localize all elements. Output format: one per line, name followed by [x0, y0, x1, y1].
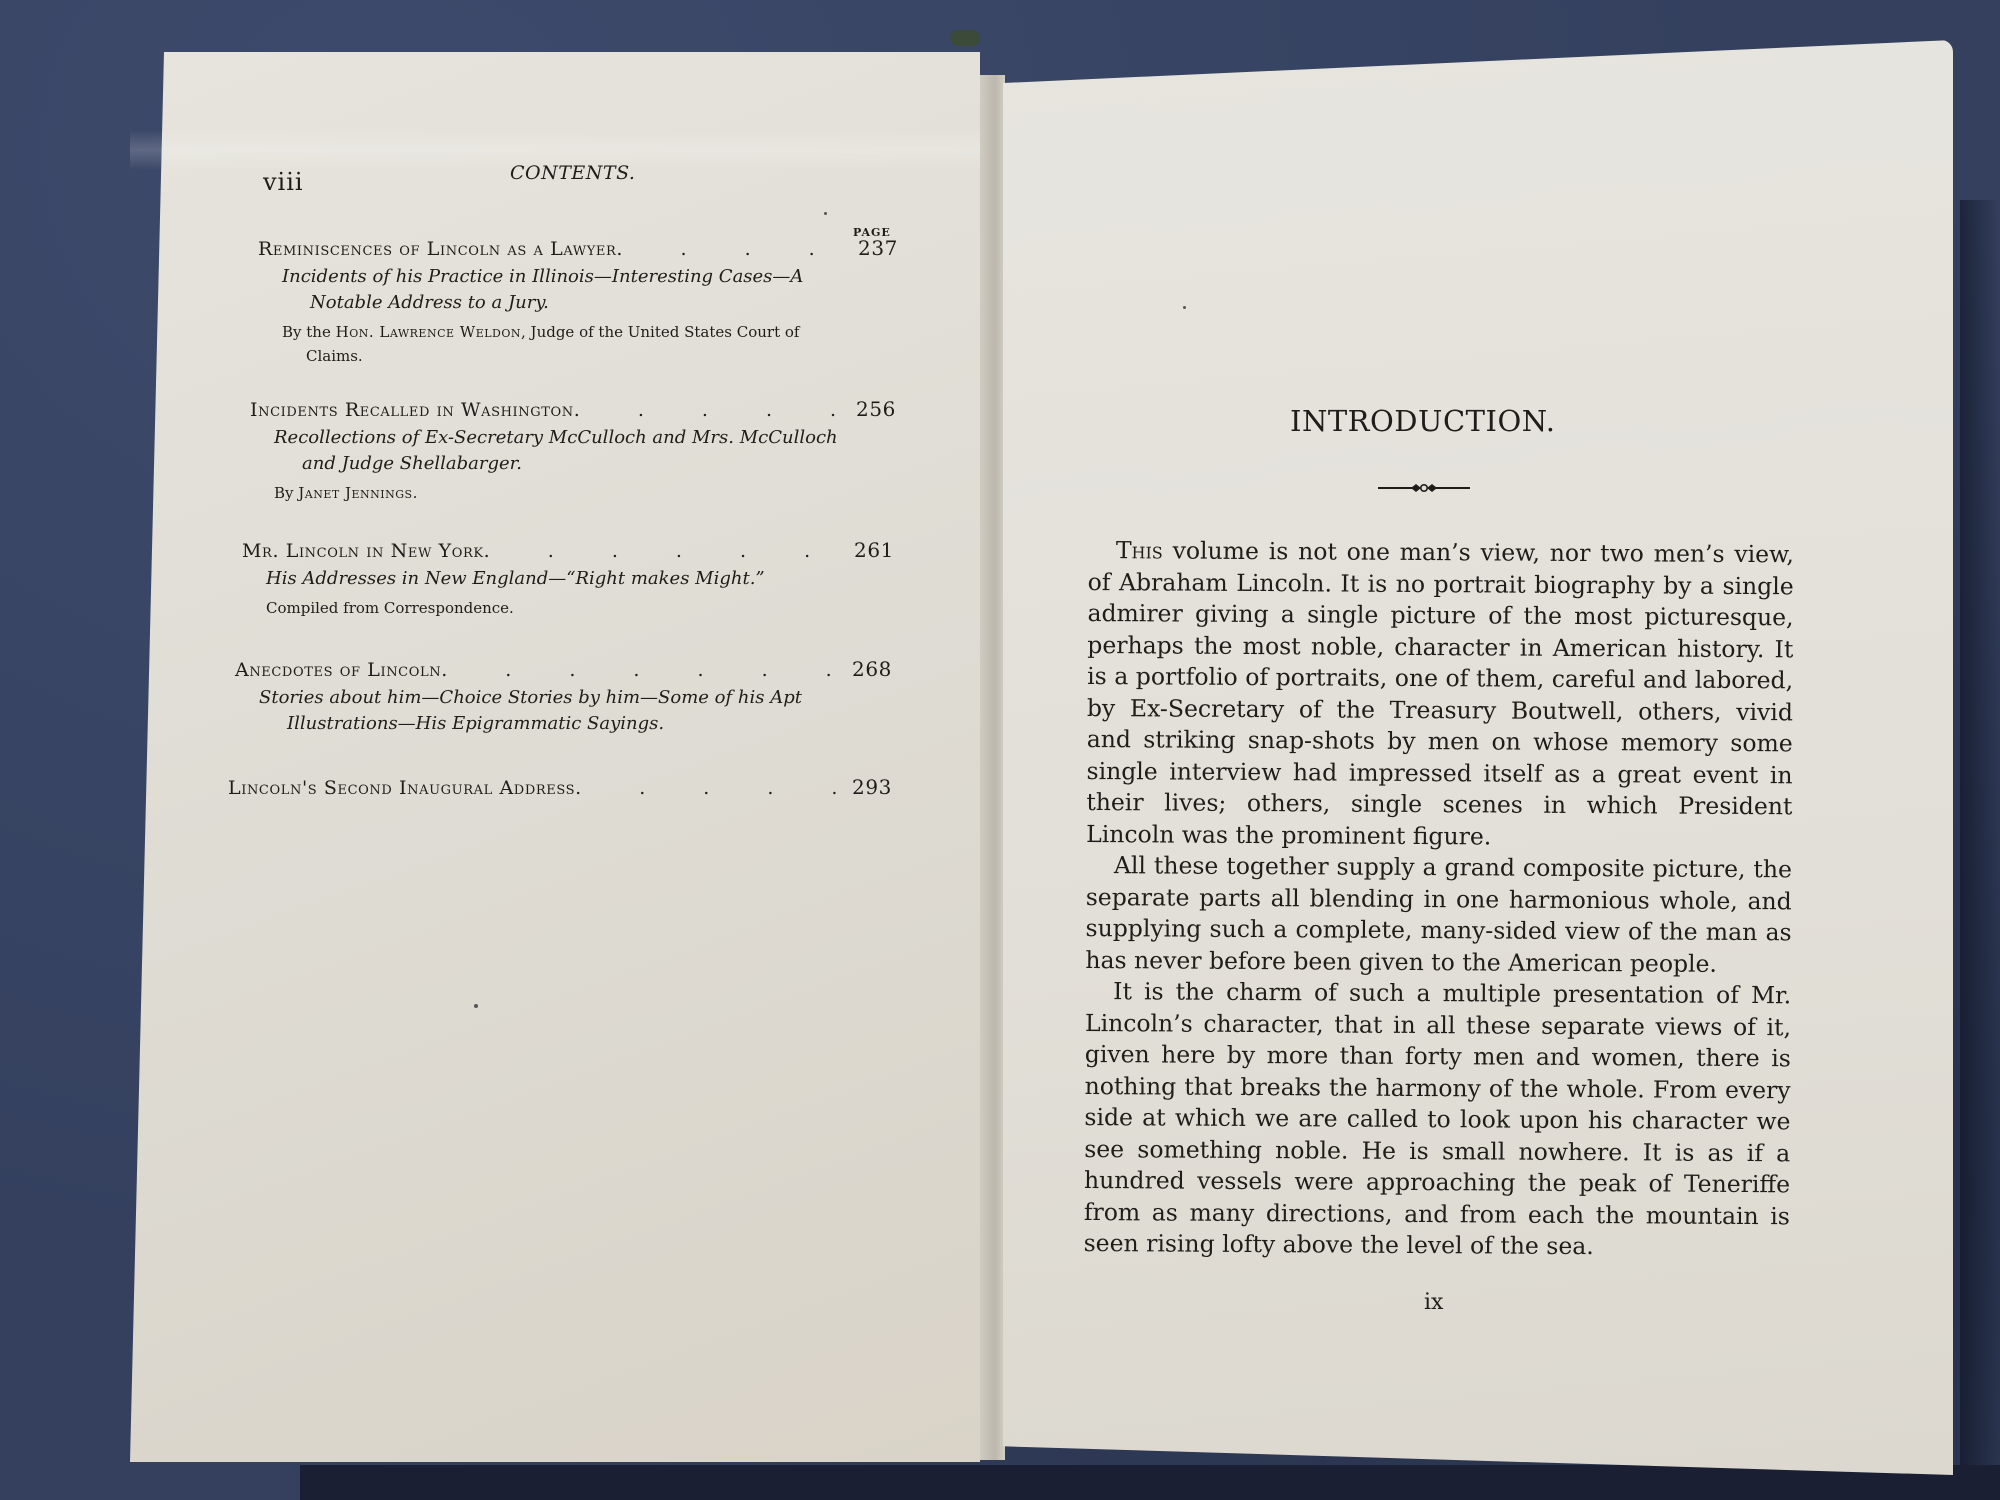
dot-leader: . . . . . .	[574, 399, 852, 421]
toc-entry-title-line: Mr. Lincoln in New York . . . . . . . . …	[242, 538, 894, 562]
toc-entry-author: By Janet Jennings.	[250, 481, 896, 505]
toc-entry-description: Stories about him—Choice Stories by him—…	[235, 685, 892, 737]
toc-entry-title: Reminiscences of Lincoln as a Lawyer	[258, 238, 616, 260]
introduction-body: This volume is not one man’s view, nor t…	[1084, 535, 1794, 1264]
toc-entry-page: 256	[852, 397, 896, 421]
toc-entry: Mr. Lincoln in New York . . . . . . . . …	[242, 538, 894, 620]
toc-entry-page: 293	[848, 775, 892, 799]
chapter-title: INTRODUCTION.	[1290, 404, 1555, 438]
toc-entry-page: 261	[850, 538, 894, 562]
toc-entry-author: By the Hon. Lawrence Weldon, Judge of th…	[258, 320, 898, 368]
toc-entry-description: His Addresses in New England—“Right make…	[242, 566, 894, 592]
paragraph: All these together supply a grand compos…	[1085, 850, 1792, 980]
toc-entry-title: Mr. Lincoln in New York	[242, 540, 484, 562]
running-head: CONTENTS.	[510, 162, 635, 184]
toc-entry-page: 237	[854, 236, 898, 260]
page-number-left: viii	[263, 168, 304, 196]
toc-entry: Lincoln's Second Inaugural Address . . .…	[228, 775, 892, 799]
toc-entry-title-line: Lincoln's Second Inaugural Address . . .…	[228, 775, 892, 799]
toc-entry: Reminiscences of Lincoln as a Lawyer . .…	[258, 236, 898, 368]
toc-entry-title: Incidents Recalled in Washington	[250, 399, 574, 421]
paper-speck	[474, 1004, 478, 1008]
dot-leader: . . . . .	[616, 238, 854, 260]
ornament-divider-icon	[1378, 481, 1470, 495]
toc-entry-title-line: Reminiscences of Lincoln as a Lawyer . .…	[258, 236, 898, 260]
toc-entry-description: Incidents of his Practice in Illinois—In…	[258, 264, 898, 316]
book-gutter	[980, 75, 1005, 1460]
page-number-right: ix	[1424, 1290, 1443, 1315]
paragraph: It is the charm of such a multiple prese…	[1084, 976, 1792, 1264]
book-shadow-bottom	[300, 1465, 2000, 1500]
toc-entry-title-line: Incidents Recalled in Washington . . . .…	[250, 397, 896, 421]
paper-speck	[824, 212, 827, 215]
toc-entry-title: Anecdotes of Lincoln	[235, 659, 441, 681]
book-shadow-right	[1960, 200, 2000, 1500]
toc-entry-description: Recollections of Ex-Secretary McCulloch …	[250, 425, 896, 477]
paper-speck	[1183, 306, 1186, 309]
dot-leader: . . . . . . . . . .	[441, 659, 848, 681]
paragraph: This volume is not one man’s view, nor t…	[1086, 535, 1794, 854]
dot-leader: . . . . . . . . .	[484, 540, 850, 562]
toc-entry-author: Compiled from Correspondence.	[242, 596, 894, 620]
toc-entry-title-line: Anecdotes of Lincoln . . . . . . . . . .…	[235, 657, 892, 681]
toc-entry-page: 268	[848, 657, 892, 681]
toc-entry: Incidents Recalled in Washington . . . .…	[250, 397, 896, 505]
toc-entry-title: Lincoln's Second Inaugural Address	[228, 777, 575, 799]
spine-headband	[950, 30, 980, 46]
toc-entry: Anecdotes of Lincoln . . . . . . . . . .…	[235, 657, 892, 737]
dot-leader: . . . . .	[575, 777, 848, 799]
